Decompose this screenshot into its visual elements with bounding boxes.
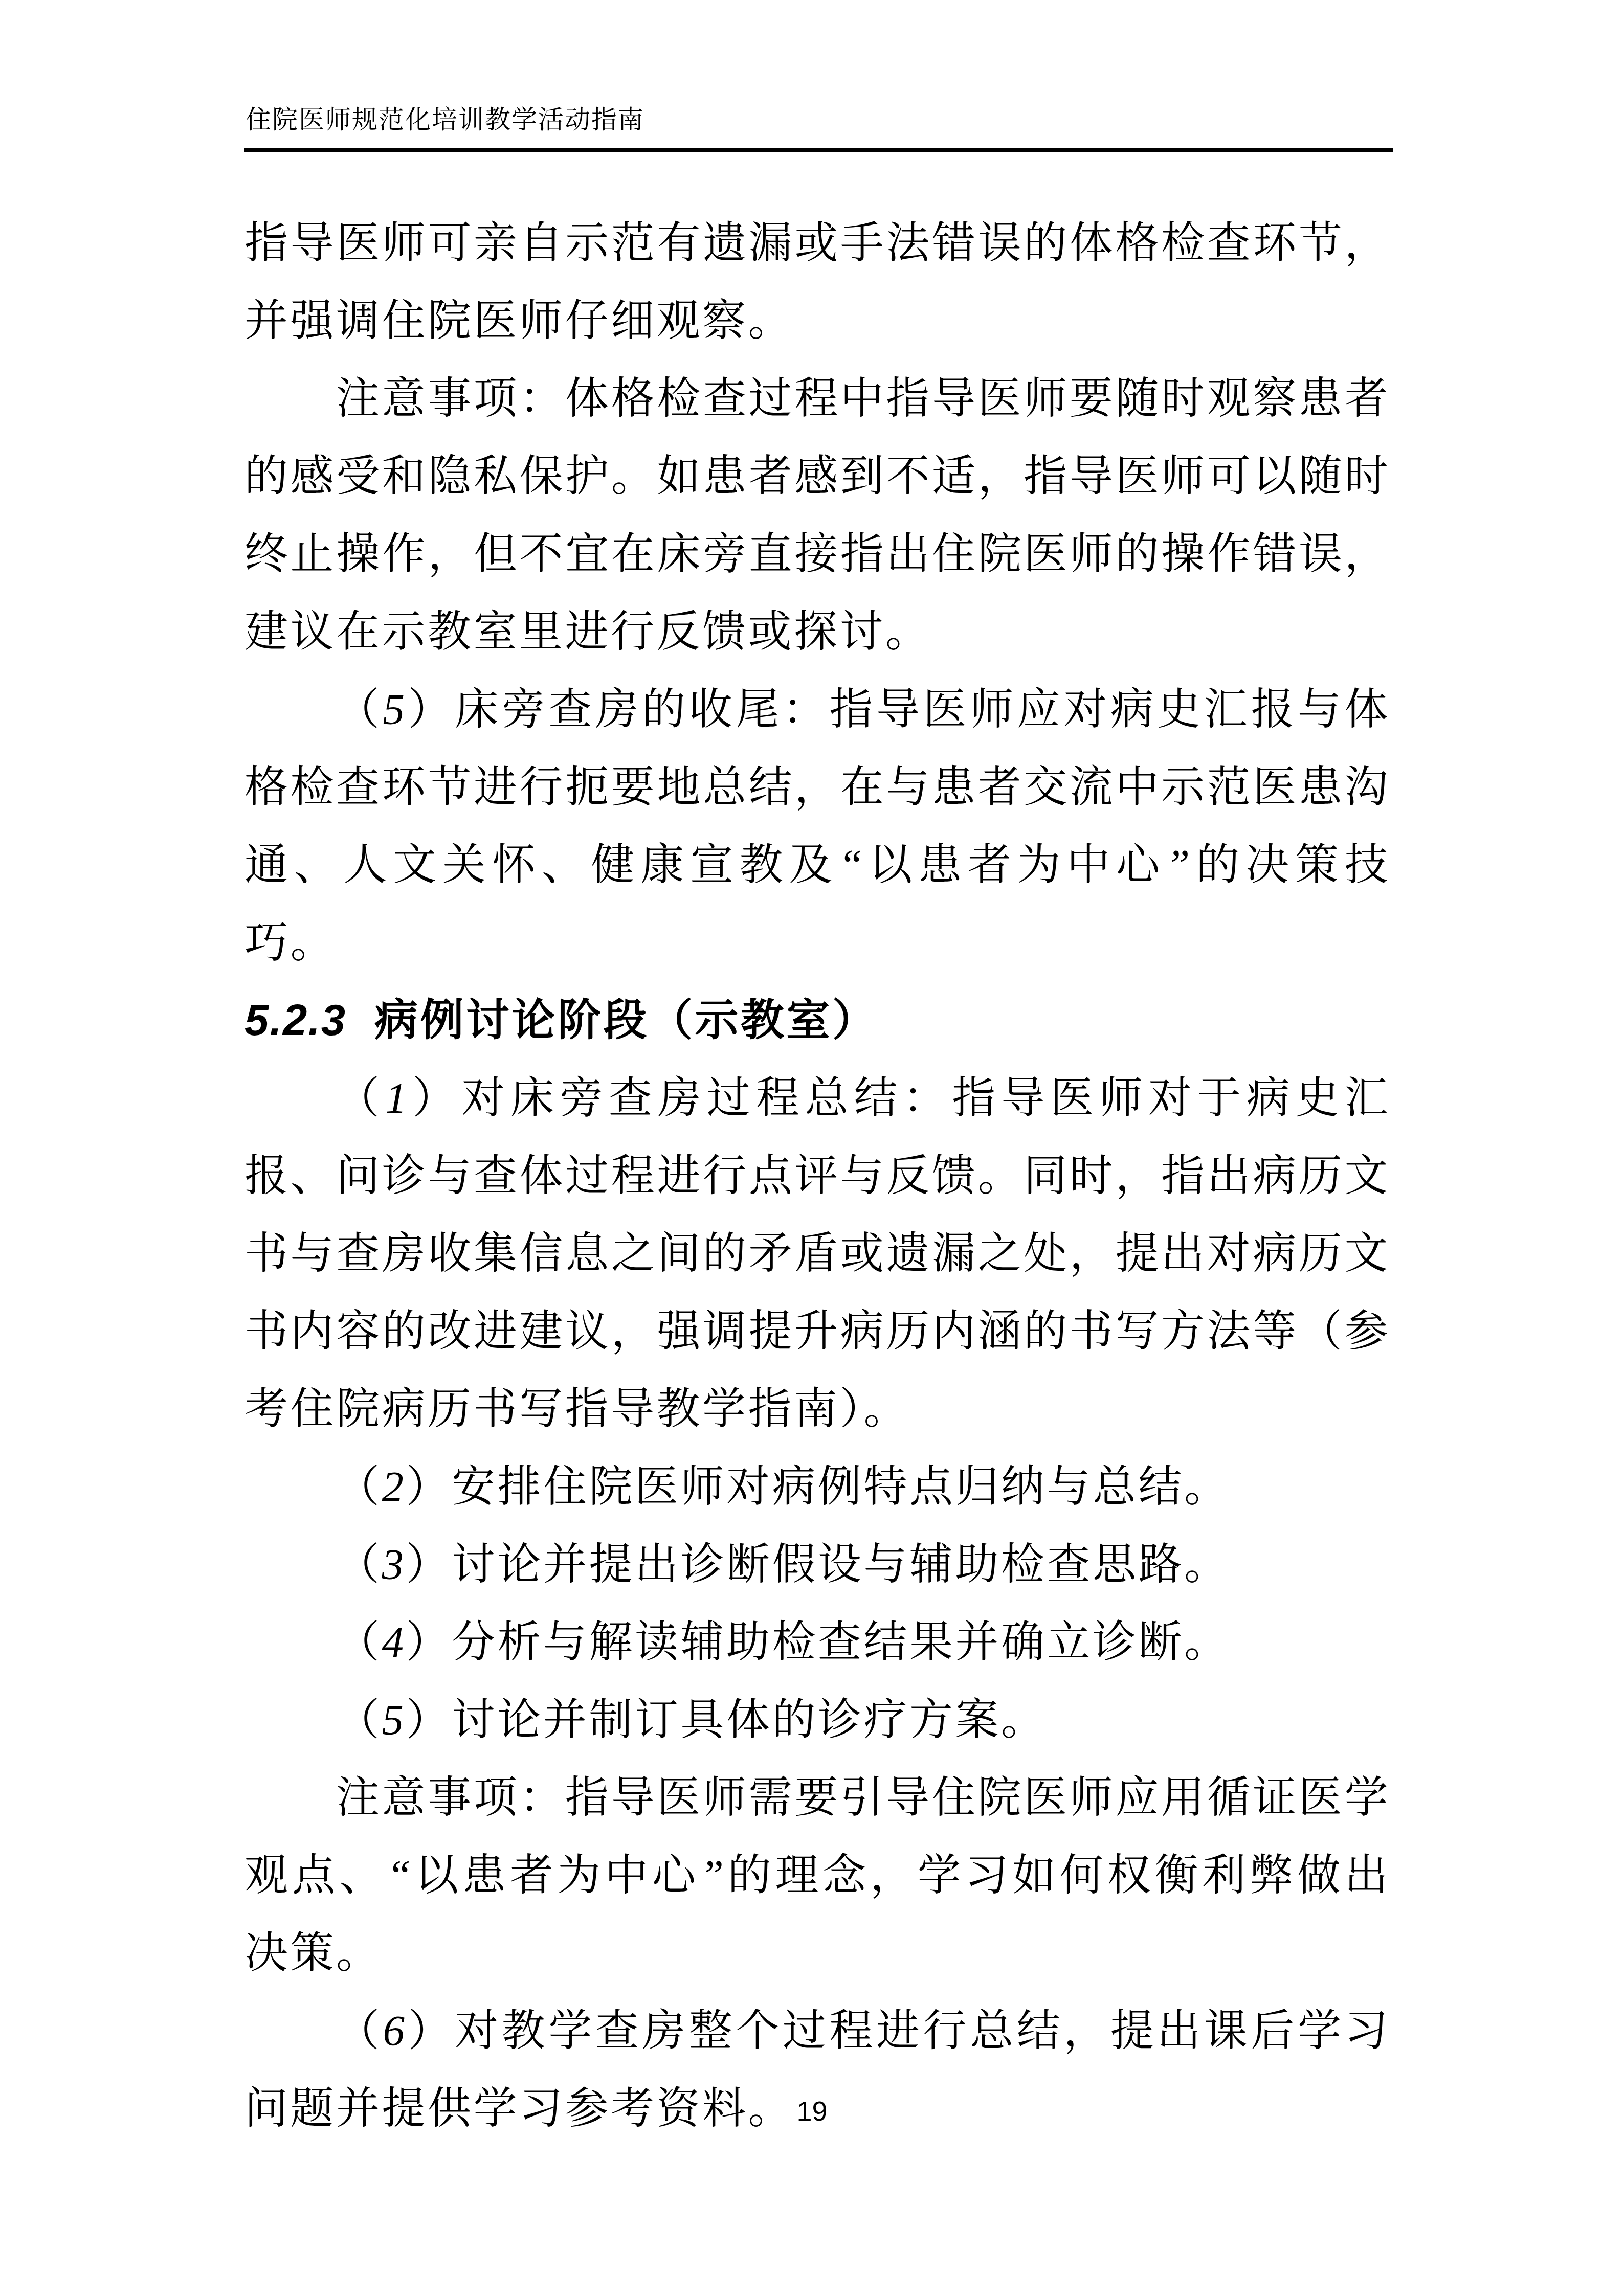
section-heading-number: 5.2.3: [244, 996, 346, 1045]
body-paragraph: 注意事项：指导医师需要引导住院医师应用循证医学观点、“以患者为中心”的理念，学习…: [244, 1759, 1390, 1992]
header-rule: [244, 148, 1393, 152]
page-header-title: 住院医师规范化培训教学活动指南: [246, 99, 644, 136]
document-page: { "header": { "title": "住院医师规范化培训教学活动指南"…: [0, 0, 1624, 2296]
document-body: 指导医师可亲自示范有遗漏或手法错误的体格检查环节，并强调住院医师仔细观察。 注意…: [244, 205, 1390, 2148]
body-paragraph: 注意事项：体格检查过程中指导医师要随时观察患者的感受和隐私保护。如患者感到不适，…: [244, 360, 1390, 671]
body-paragraph: （5）讨论并制订具体的诊疗方案。: [244, 1681, 1390, 1759]
body-paragraph: 指导医师可亲自示范有遗漏或手法错误的体格检查环节，并强调住院医师仔细观察。: [244, 205, 1390, 360]
body-paragraph: （5）床旁查房的收尾：指导医师应对病史汇报与体格检查环节进行扼要地总结，在与患者…: [244, 671, 1390, 982]
page-number: 19: [0, 2096, 1624, 2127]
body-paragraph: （1）对床旁查房过程总结：指导医师对于病史汇报、问诊与查体过程进行点评与反馈。同…: [244, 1060, 1390, 1448]
section-heading-title: 病例讨论阶段（示教室）: [374, 996, 878, 1045]
body-paragraph: （3）讨论并提出诊断假设与辅助检查思路。: [244, 1526, 1390, 1604]
section-heading: 5.2.3病例讨论阶段（示教室）: [244, 982, 1390, 1060]
body-paragraph: （2）安排住院医师对病例特点归纳与总结。: [244, 1448, 1390, 1526]
body-paragraph: （4）分析与解读辅助检查结果并确立诊断。: [244, 1604, 1390, 1681]
